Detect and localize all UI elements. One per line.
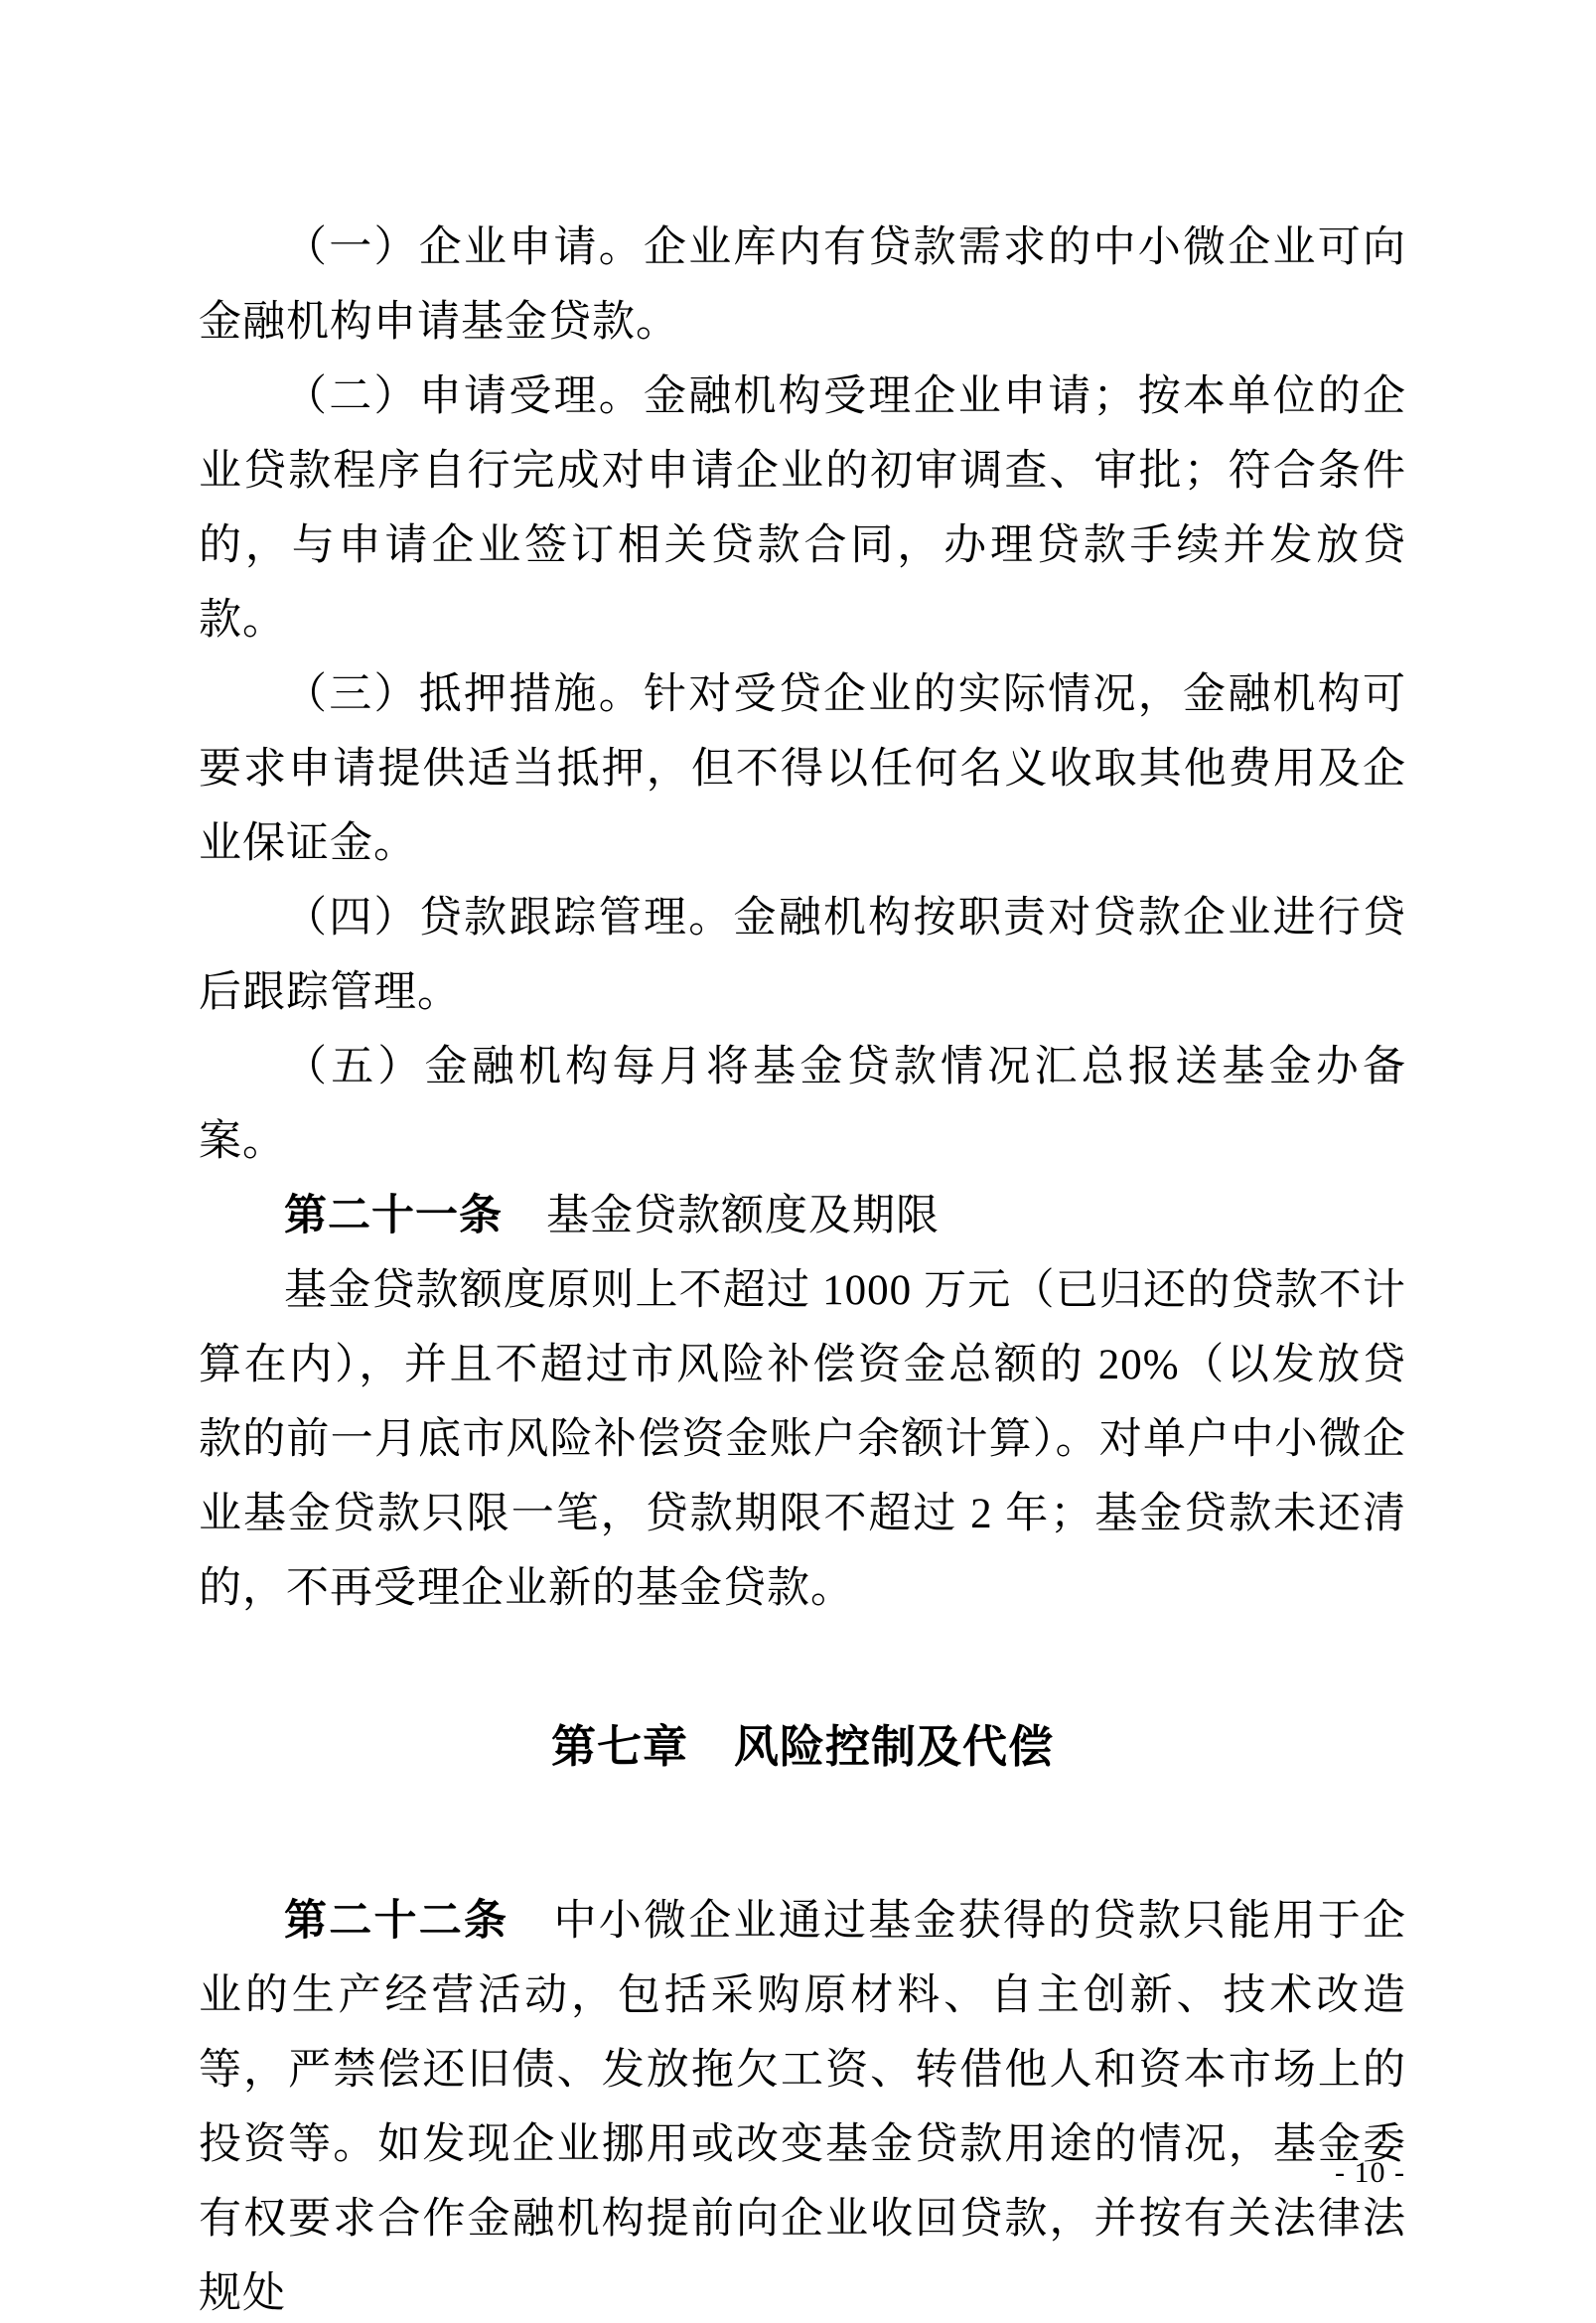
text-run: （一）企业申请。企业库内有贷款需求的中小微企业可向金融机构申请基金贷款。 <box>199 224 1406 346</box>
paragraph: （五）金融机构每月将基金贷款情况汇总报送基金办备案。 <box>199 1030 1406 1179</box>
paragraph: 第二十二条 中小微企业通过基金获得的贷款只能用于企业的生产经营活动，包括采购原材… <box>199 1884 1406 2323</box>
paragraph: （三）抵押措施。针对受贷企业的实际情况，金融机构可要求申请提供适当抵押，但不得以… <box>199 657 1406 881</box>
paragraph: （二）申请受理。金融机构受理企业申请；按本单位的企业贷款程序自行完成对申请企业的… <box>199 360 1406 657</box>
paragraph: （一）企业申请。企业库内有贷款需求的中小微企业可向金融机构申请基金贷款。 <box>199 211 1406 360</box>
paragraph: （四）贷款跟踪管理。金融机构按职责对贷款企业进行贷后跟踪管理。 <box>199 881 1406 1030</box>
text-run: （二）申请受理。金融机构受理企业申请；按本单位的企业贷款程序自行完成对申请企业的… <box>199 373 1406 644</box>
text-run: （四）贷款跟踪管理。金融机构按职责对贷款企业进行贷后跟踪管理。 <box>199 895 1406 1016</box>
text-run: 中小微企业通过基金获得的贷款只能用于企业的生产经营活动，包括采购原材料、自主创新… <box>199 1898 1406 2317</box>
bold-text-run: 第二十一条 <box>284 1193 503 1239</box>
text-run: 基金贷款额度原则上不超过 1000 万元（已归还的贷款不计算在内），并且不超过市… <box>199 1267 1406 1612</box>
bold-text-run: 第七章 风险控制及代偿 <box>551 1722 1054 1772</box>
paragraph: 基金贷款额度原则上不超过 1000 万元（已归还的贷款不计算在内），并且不超过市… <box>199 1253 1406 1626</box>
text-run: （五）金融机构每月将基金贷款情况汇总报送基金办备案。 <box>199 1044 1406 1165</box>
text-run: 基金贷款额度及期限 <box>503 1193 940 1239</box>
chapter-heading: 第七章 风险控制及代偿 <box>199 1710 1406 1785</box>
page-number: - 10 - <box>1335 2156 1405 2190</box>
text-run: （三）抵押措施。针对受贷企业的实际情况，金融机构可要求申请提供适当抵押，但不得以… <box>199 671 1406 867</box>
document-page: （一）企业申请。企业库内有贷款需求的中小微企业可向金融机构申请基金贷款。（二）申… <box>0 0 1596 2323</box>
bold-text-run: 第二十二条 <box>284 1898 508 1945</box>
document-body: （一）企业申请。企业库内有贷款需求的中小微企业可向金融机构申请基金贷款。（二）申… <box>199 211 1406 2323</box>
paragraph: 第二十一条 基金贷款额度及期限 <box>199 1179 1406 1253</box>
